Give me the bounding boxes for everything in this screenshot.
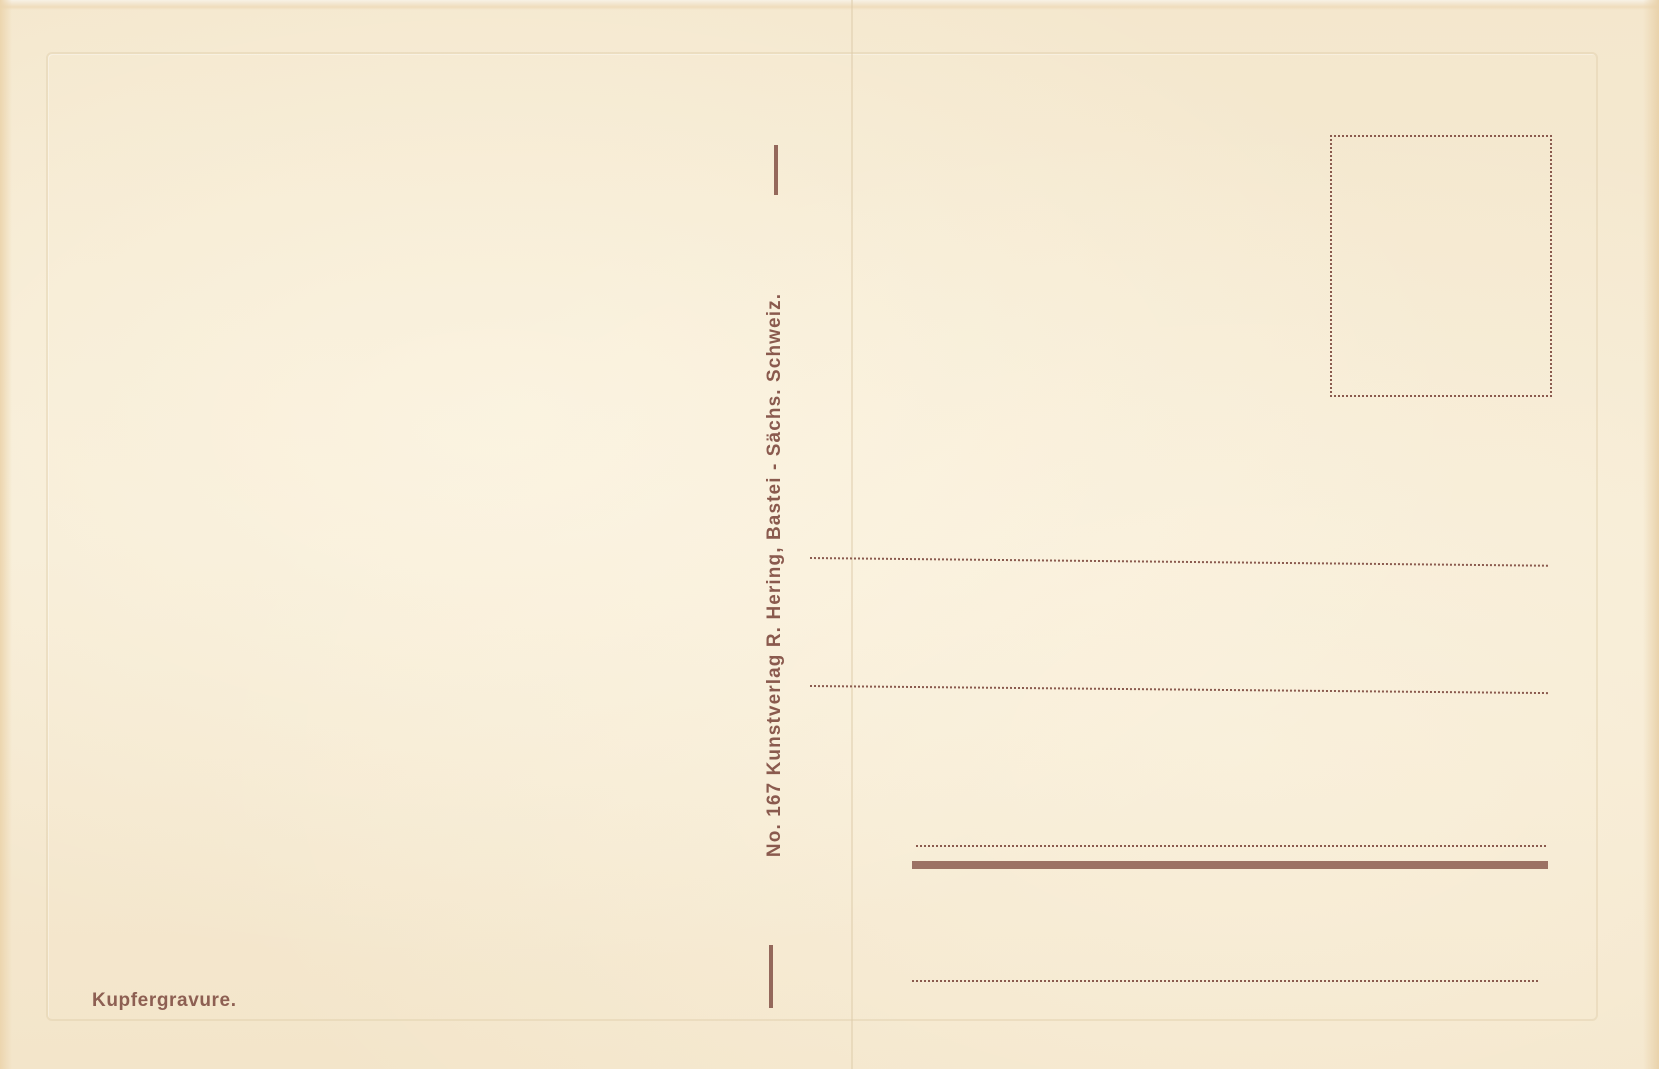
postcard: Kupfergravure. No. 167 Kunstverlag R. He… bbox=[0, 0, 1659, 1069]
stamp-box bbox=[1330, 135, 1552, 397]
worn-left-edge bbox=[0, 0, 12, 1069]
address-line-4 bbox=[912, 980, 1538, 982]
process-label: Kupfergravure. bbox=[92, 990, 237, 1012]
address-underline-bar bbox=[912, 861, 1548, 869]
center-fold bbox=[851, 0, 853, 1069]
worn-top-edge bbox=[0, 0, 1659, 10]
worn-right-edge bbox=[1643, 0, 1659, 1069]
address-line-3 bbox=[916, 845, 1546, 847]
divider-dash-bottom bbox=[769, 945, 773, 1008]
divider-dash-top bbox=[774, 145, 778, 195]
publisher-imprint: No. 167 Kunstverlag R. Hering, Bastei - … bbox=[764, 293, 786, 857]
